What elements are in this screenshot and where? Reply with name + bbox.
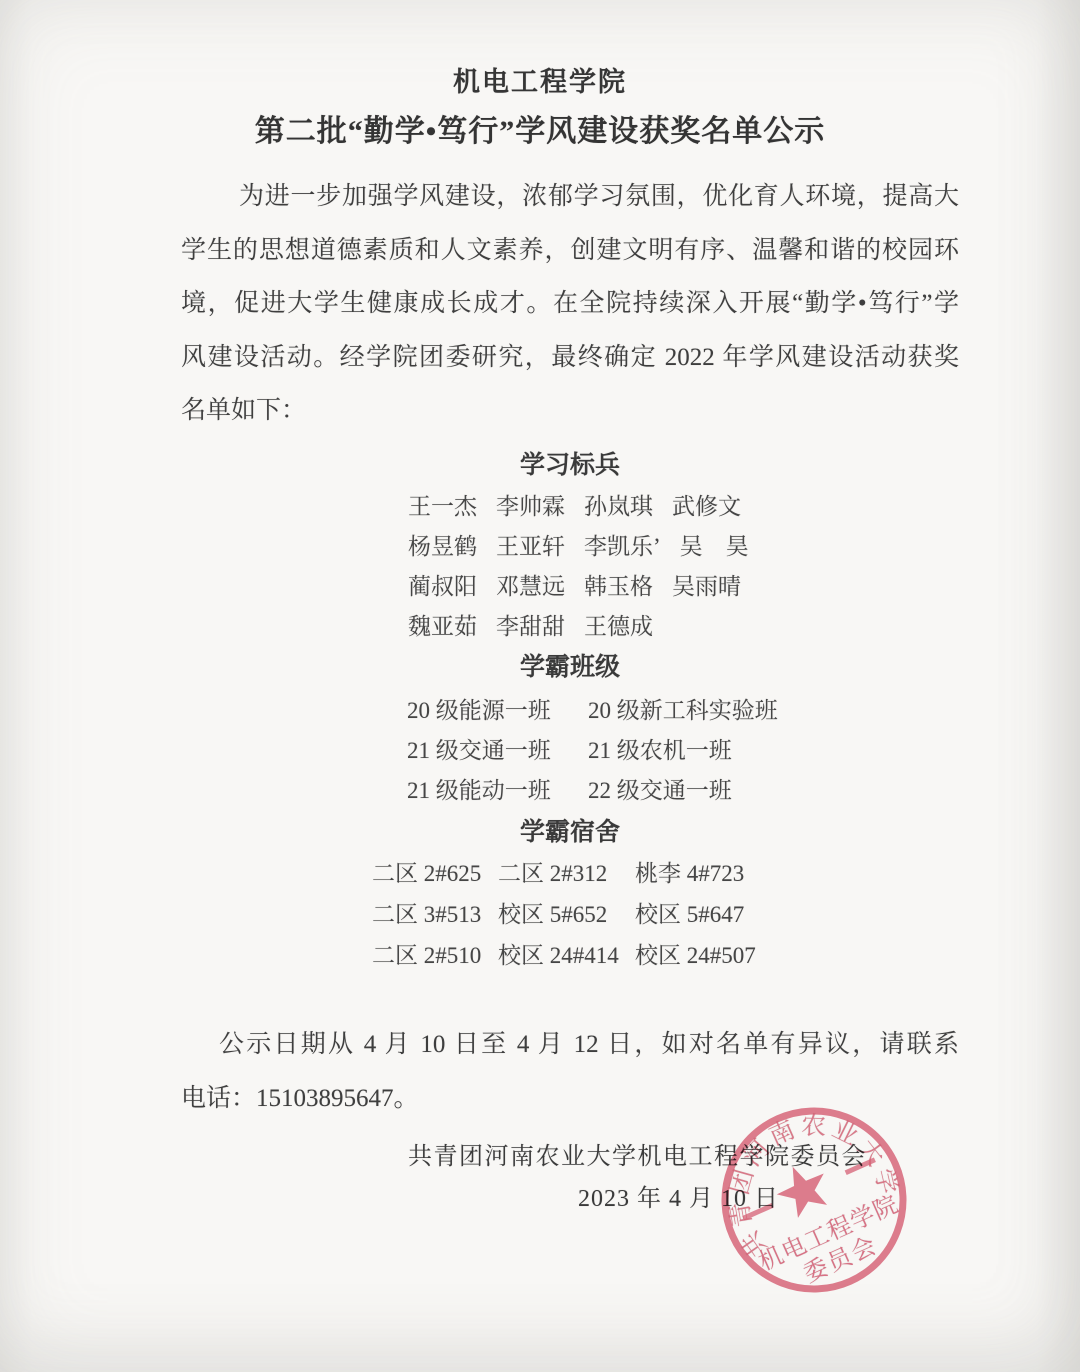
- scholar-name: 王亚轩: [496, 528, 565, 561]
- scholars-row: 蔺叔阳 邓慧远 韩玉格 吴雨晴: [408, 564, 749, 604]
- scholar-name: 武修文: [672, 488, 741, 521]
- intro-line: 为进一步加强学风建设，浓郁学习氛围，优化育人环境，提高大: [181, 170, 959, 224]
- class-item: 20 级能源一班: [407, 692, 588, 725]
- scholar-name: 李帅霖: [496, 488, 565, 521]
- intro-line: 名单如下：: [181, 384, 959, 438]
- intro-line: 风建设活动。经学院团委研究，最终确定 2022 年学风建设活动获奖: [181, 331, 959, 385]
- dorm-item: 二区 3#513: [372, 896, 498, 929]
- section-heading-classes: 学霸班级: [60, 647, 1080, 683]
- class-item: 21 级能动一班: [407, 772, 588, 805]
- scholar-name: 杨昱鹤: [408, 528, 477, 561]
- intro-paragraph: 为进一步加强学风建设，浓郁学习氛围，优化育人环境，提高大 学生的思想道德素质和人…: [181, 170, 959, 438]
- intro-line: 境，促进大学生健康成长成才。在全院持续深入开展“勤学•笃行”学: [181, 277, 959, 331]
- scholars-row: 王一杰 李帅霖 孙岚琪 武修文: [408, 484, 749, 524]
- scholar-name: 李甜甜: [496, 608, 565, 641]
- class-item: 22 级交通一班: [588, 772, 778, 805]
- scholars-row: 杨昱鹤 王亚轩 李凯乐ʼ 吴 昊: [408, 524, 749, 564]
- intro-line: 学生的思想道德素质和人文素养，创建文明有序、温馨和谐的校园环: [181, 224, 959, 278]
- dorm-item: 二区 2#625: [372, 855, 498, 888]
- dorms-list: 二区 2#625 二区 2#312 桃李 4#723 二区 3#513 校区 5…: [372, 851, 756, 974]
- dorm-item: 校区 24#507: [635, 937, 756, 970]
- scholar-name: 吴雨晴: [672, 568, 741, 601]
- scholars-list: 王一杰 李帅霖 孙岚琪 武修文 杨昱鹤 王亚轩 李凯乐ʼ 吴 昊 蔺叔阳 邓慧远…: [408, 484, 749, 644]
- scholar-name: 王德成: [584, 608, 653, 641]
- dorm-item: 校区 5#652: [498, 896, 635, 929]
- dorm-item: 二区 2#312: [498, 855, 635, 888]
- star-icon: [769, 1156, 836, 1221]
- document-title: 机电工程学院: [0, 60, 1080, 99]
- classes-row: 21 级交通一班 21 级农机一班: [407, 728, 778, 768]
- classes-row: 20 级能源一班 20 级新工科实验班: [407, 688, 778, 728]
- dorm-item: 校区 5#647: [635, 896, 756, 929]
- scholar-name: 蔺叔阳: [408, 568, 477, 601]
- scholars-row: 魏亚茹 李甜甜 王德成: [408, 604, 749, 644]
- class-item: 20 级新工科实验班: [588, 692, 778, 725]
- dorm-item: 二区 2#510: [372, 937, 498, 970]
- dorms-row: 二区 2#625 二区 2#312 桃李 4#723: [372, 851, 756, 892]
- dorms-row: 二区 2#510 校区 24#414 校区 24#507: [372, 933, 756, 974]
- scholar-name: 吴 昊: [680, 528, 749, 561]
- scholar-name: 王一杰: [408, 488, 477, 521]
- section-heading-scholars: 学习标兵: [60, 445, 1080, 481]
- scholar-name: 孙岚琪: [584, 488, 653, 521]
- class-item: 21 级农机一班: [588, 732, 778, 765]
- classes-list: 20 级能源一班 20 级新工科实验班 21 级交通一班 21 级农机一班 21…: [407, 688, 778, 808]
- document-subtitle: 第二批“勤学•笃行”学风建设获奖名单公示: [0, 106, 1080, 150]
- dorm-item: 校区 24#414: [498, 937, 635, 970]
- scholar-name: 李凯乐ʼ: [584, 528, 661, 561]
- scholar-name: 韩玉格: [584, 568, 653, 601]
- class-item: 21 级交通一班: [407, 732, 588, 765]
- dorms-row: 二区 3#513 校区 5#652 校区 5#647: [372, 892, 756, 933]
- section-heading-dorms: 学霸宿舍: [60, 812, 1080, 848]
- announcement-document: 机电工程学院 第二批“勤学•笃行”学风建设获奖名单公示 为进一步加强学风建设，浓…: [0, 0, 1080, 1372]
- classes-row: 21 级能动一班 22 级交通一班: [407, 768, 778, 808]
- dorm-item: 桃李 4#723: [635, 855, 756, 888]
- scholar-name: 魏亚茹: [408, 608, 477, 641]
- scholar-name: 邓慧远: [496, 568, 565, 601]
